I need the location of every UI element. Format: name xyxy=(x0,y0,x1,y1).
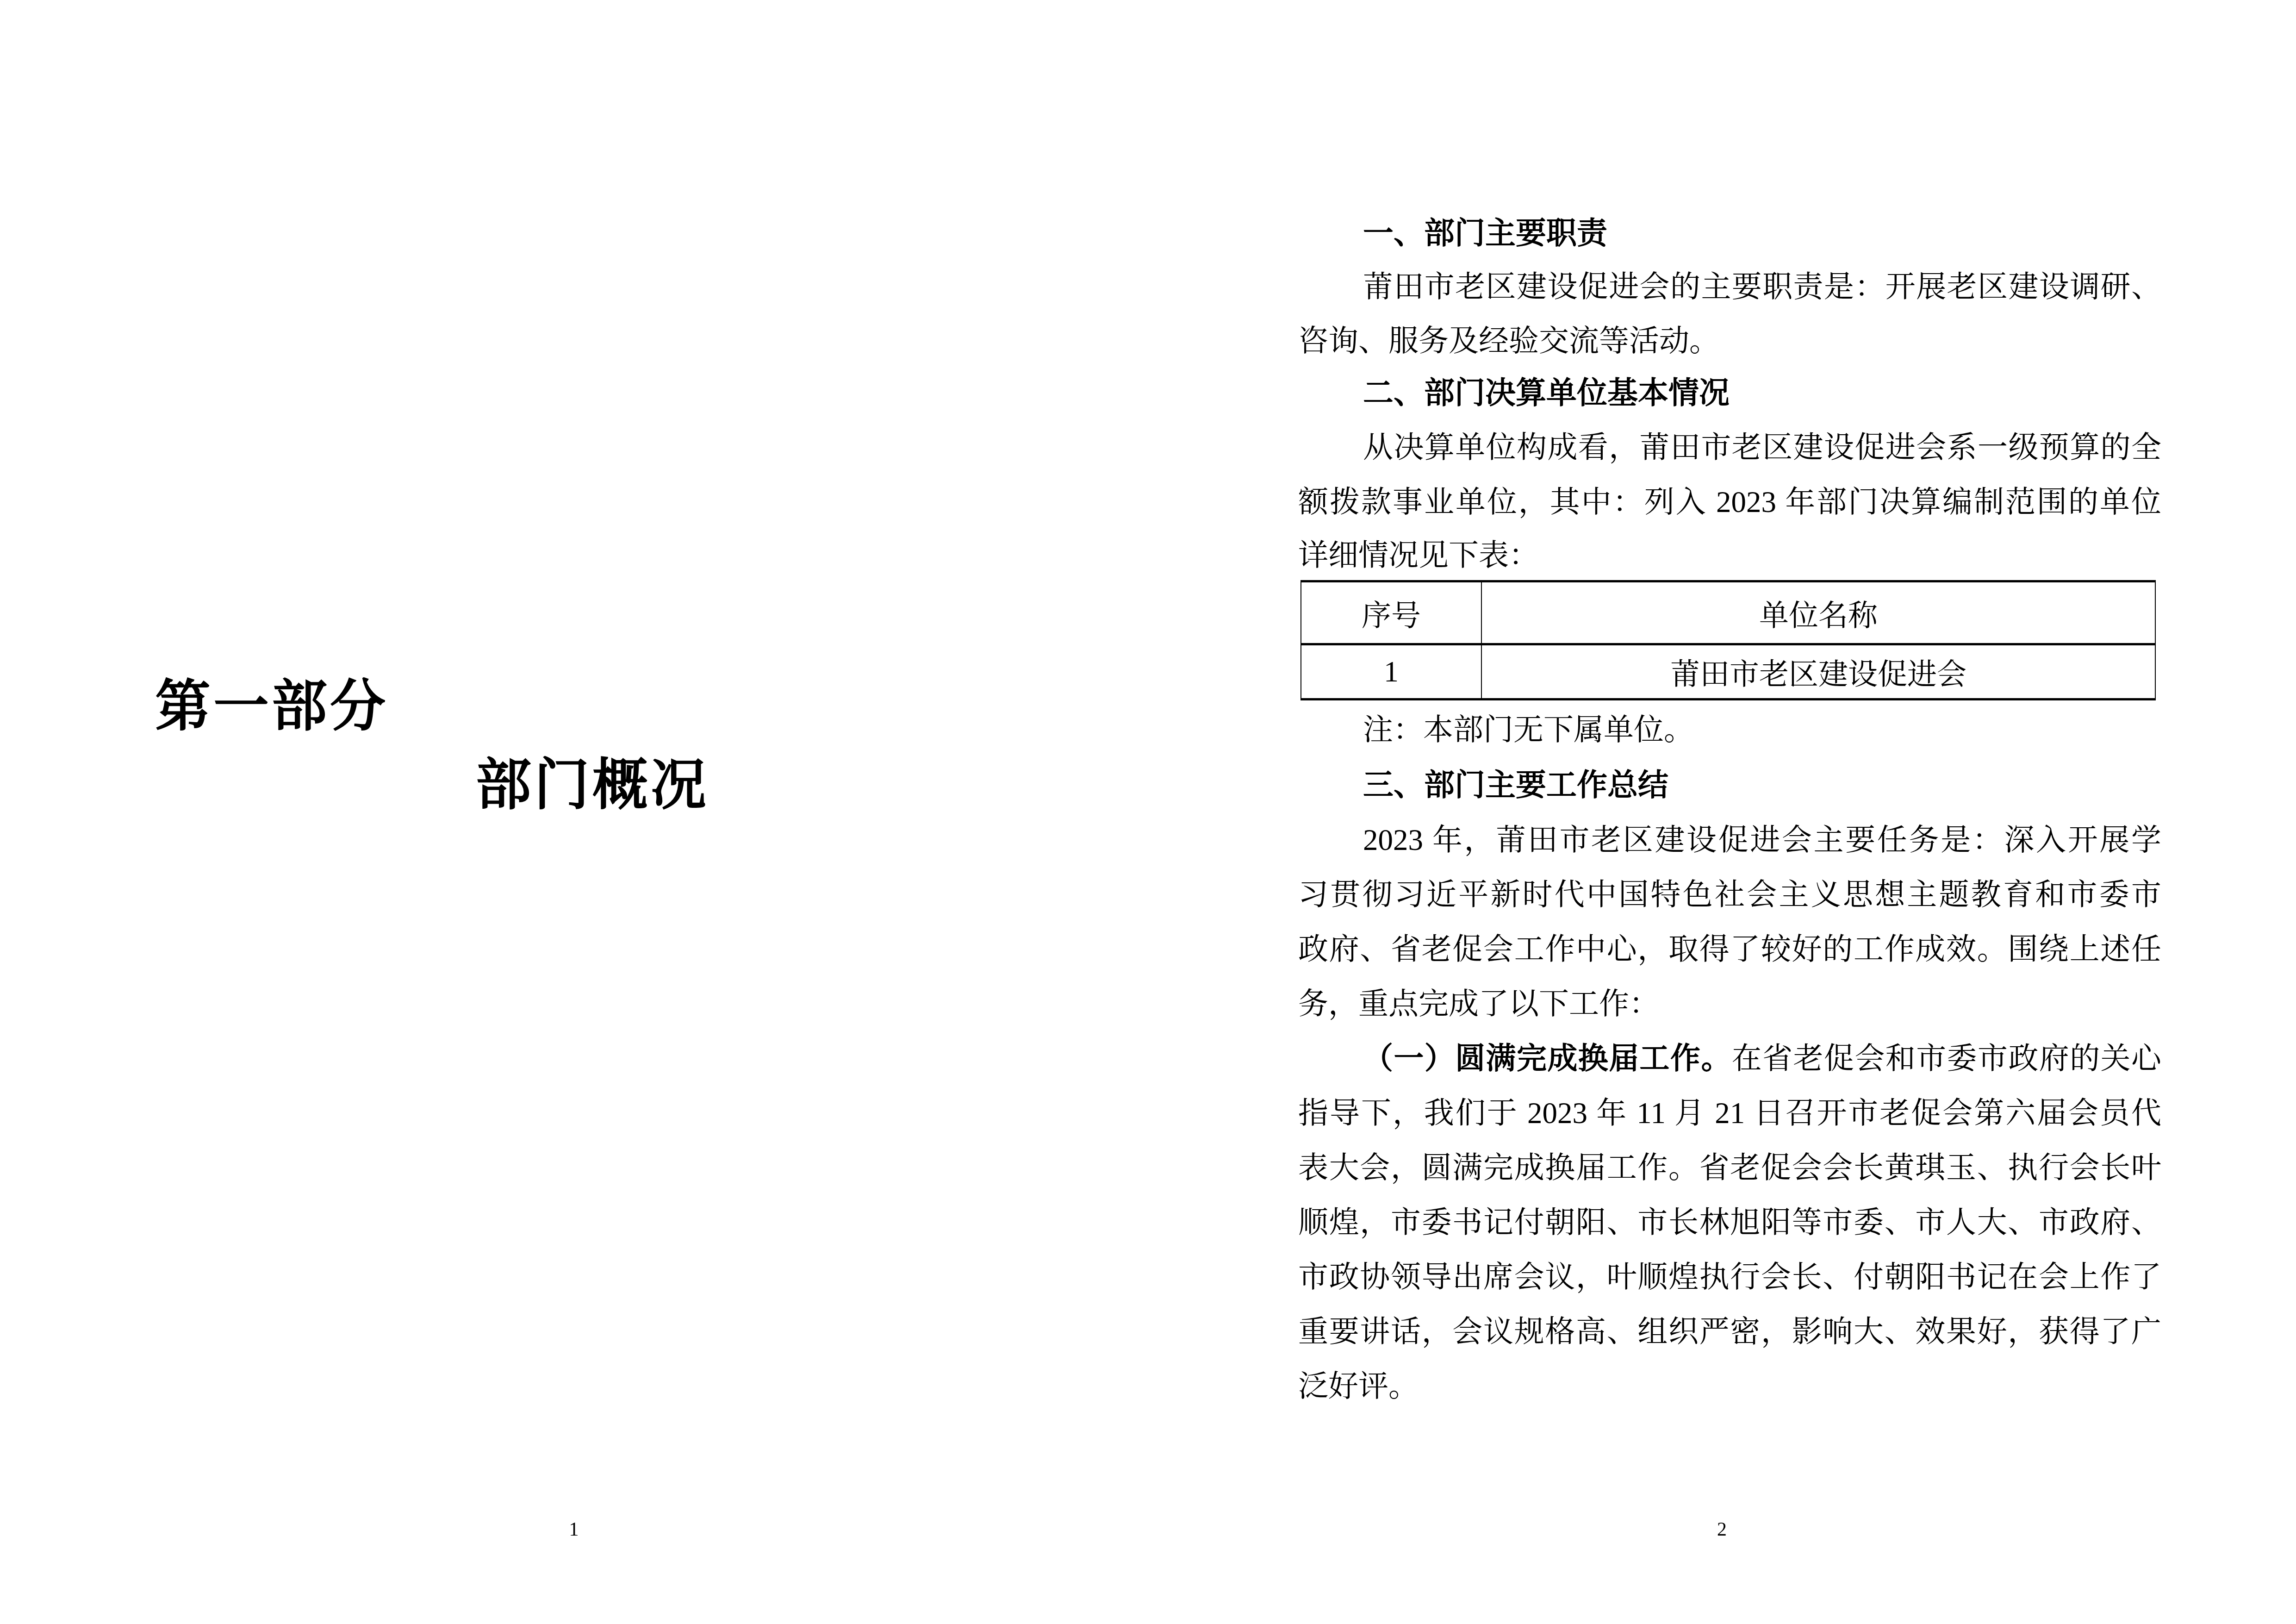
page-2: 一、部门主要职责 莆田市老区建设促进会的主要职责是：开展老区建设调研、 咨询、服… xyxy=(1298,0,2161,1624)
subsection-lead-bold: （一）圆满完成换届工作。 xyxy=(1363,1042,1732,1075)
part-number-title: 第一部分 xyxy=(155,662,388,742)
table-header-row: 序号 单位名称 xyxy=(1301,581,2155,644)
text-line: 表大会，圆满完成换届工作。省老促会会长黄琪玉、执行会长叶 xyxy=(1298,1141,2161,1195)
text-line: 泛好评。 xyxy=(1298,1360,2161,1414)
subsection-lead-rest: 在省老促会和市委市政府的关心 xyxy=(1732,1042,2161,1075)
table-cell-index: 1 xyxy=(1301,644,1481,700)
text-line: 2023 年，莆田市老区建设促进会主要任务是：深入开展学 xyxy=(1298,813,2161,868)
text-line: 市政协领导出席会议，叶顺煌执行会长、付朝阳书记在会上作了 xyxy=(1298,1250,2161,1305)
table-row: 1 莆田市老区建设促进会 xyxy=(1301,644,2155,700)
text-line: （一）圆满完成换届工作。在省老促会和市委市政府的关心 xyxy=(1298,1032,2161,1086)
table-header-index: 序号 xyxy=(1301,581,1481,644)
text-line: 政府、省老促会工作中心，取得了较好的工作成效。围绕上述任 xyxy=(1298,923,2161,977)
text-line: 从决算单位构成看，莆田市老区建设促进会系一级预算的全 xyxy=(1298,421,2161,475)
text-line: 咨询、服务及经验交流等活动。 xyxy=(1298,314,2161,369)
text-line: 习贯彻习近平新时代中国特色社会主义思想主题教育和市委市 xyxy=(1298,868,2161,922)
text-line: 额拨款事业单位，其中：列入 2023 年部门决算编制范围的单位 xyxy=(1298,475,2161,530)
text-line: 详细情况见下表： xyxy=(1298,529,2161,583)
text-line: 指导下，我们于 2023 年 11 月 21 日召开市老促会第六届会员代 xyxy=(1298,1087,2161,1141)
section-heading-1: 一、部门主要职责 xyxy=(1298,206,2161,260)
text-line: 重要讲话，会议规格高、组织严密，影响大、效果好，获得了广 xyxy=(1298,1305,2161,1359)
table-header-unit-name: 单位名称 xyxy=(1481,581,2155,644)
document-spread: 第一部分 部门概况 1 一、部门主要职责 莆田市老区建设促进会的主要职责是：开展… xyxy=(0,0,2296,1624)
page-number-2: 2 xyxy=(1148,1520,2296,1539)
table-note: 注：本部门无下属单位。 xyxy=(1298,703,2161,757)
section-heading-3: 三、部门主要工作总结 xyxy=(1298,758,2161,812)
section-heading-2: 二、部门决算单位基本情况 xyxy=(1298,366,2161,420)
table-cell-unit-name: 莆田市老区建设促进会 xyxy=(1481,644,2155,700)
page-number-1: 1 xyxy=(0,1520,1148,1539)
text-line: 顺煌，市委书记付朝阳、市长林旭阳等市委、市人大、市政府、 xyxy=(1298,1196,2161,1250)
budget-units-table: 序号 单位名称 1 莆田市老区建设促进会 xyxy=(1300,580,2156,700)
text-line: 务，重点完成了以下工作： xyxy=(1298,977,2161,1031)
text-line: 莆田市老区建设促进会的主要职责是：开展老区建设调研、 xyxy=(1298,260,2161,314)
part-name-title: 部门概况 xyxy=(476,741,709,820)
